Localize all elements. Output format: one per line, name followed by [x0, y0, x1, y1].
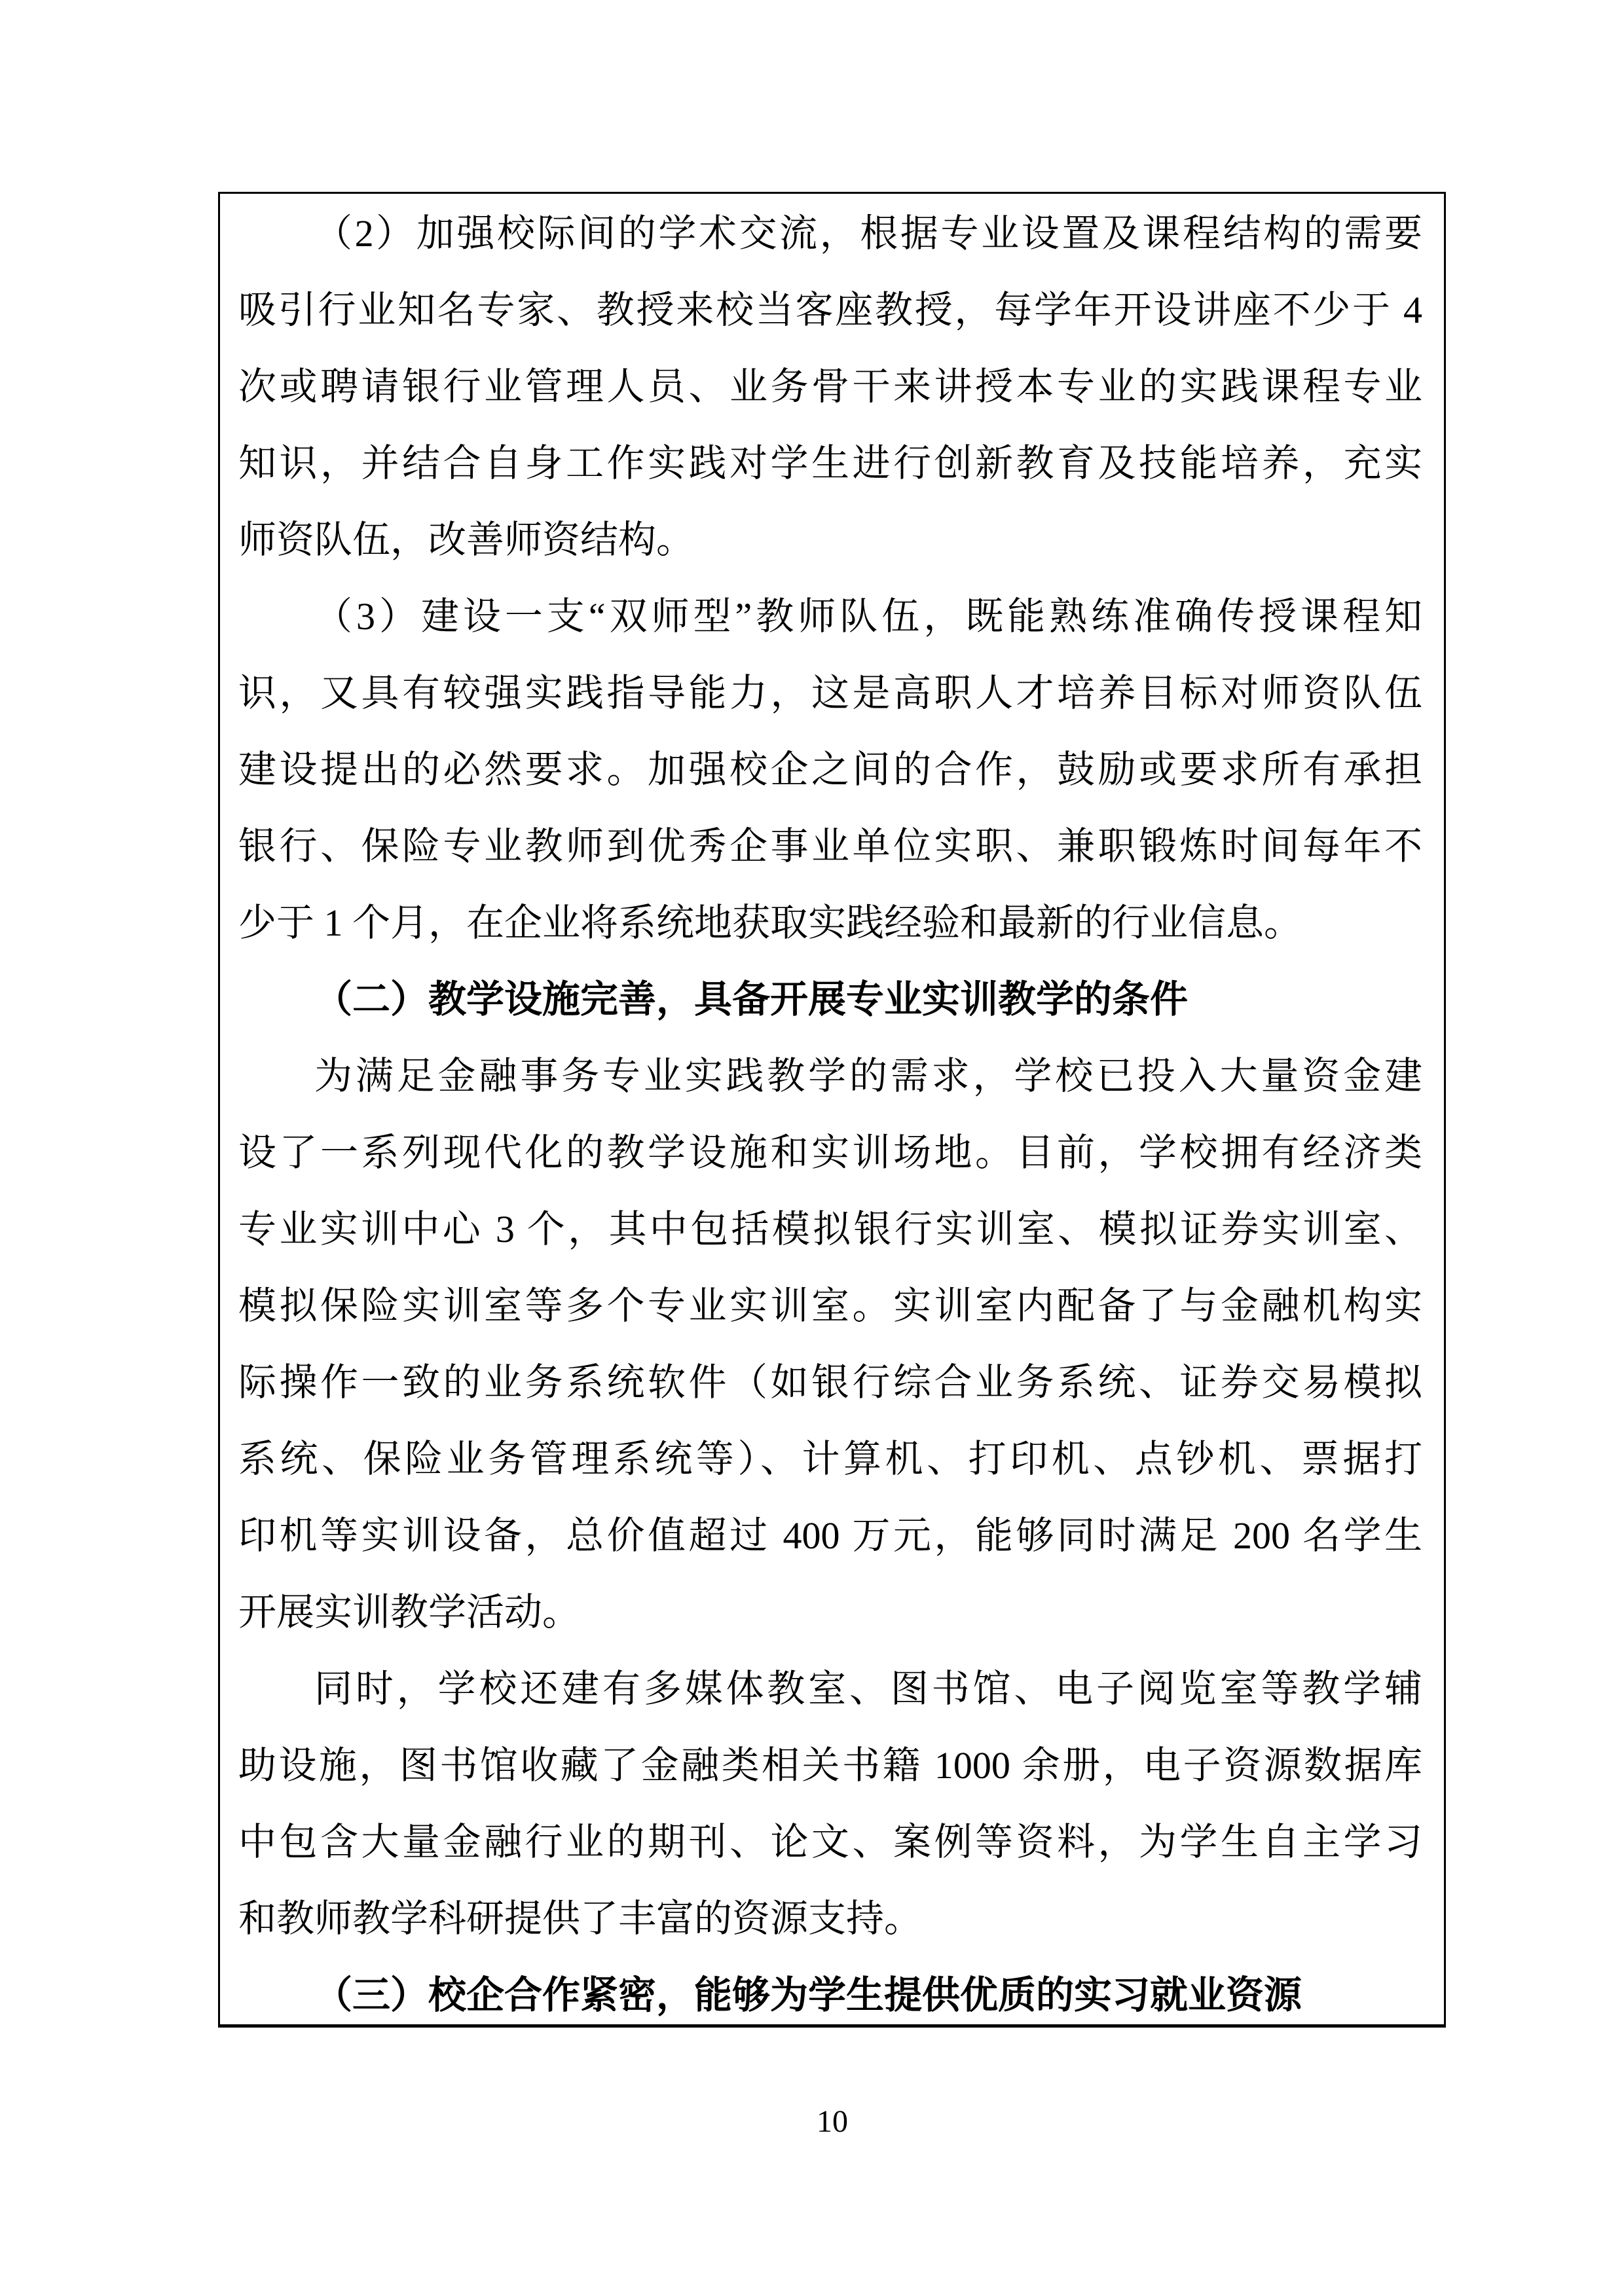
text-line: 师资队伍，改善师资结构。: [238, 501, 1422, 578]
text-line: 专业实训中心 3 个，其中包括模拟银行实训室、模拟证券实训室、: [238, 1191, 1422, 1267]
text-line: 中包含大量金融行业的期刊、论文、案例等资料，为学生自主学习: [238, 1804, 1422, 1880]
text-line: 际操作一致的业务系统软件（如银行综合业务系统、证券交易模拟: [238, 1344, 1422, 1421]
heading-line: （三）校企合作紧密，能够为学生提供优质的实习就业资源: [238, 1957, 1422, 2028]
text-line: 模拟保险实训室等多个专业实训室。实训室内配备了与金融机构实: [238, 1267, 1422, 1344]
text-line: 识，又具有较强实践指导能力，这是高职人才培养目标对师资队伍: [238, 655, 1422, 731]
text-line: 开展实训教学活动。: [238, 1574, 1422, 1650]
text-line: 助设施，图书馆收藏了金融类相关书籍 1000 余册，电子资源数据库: [238, 1727, 1422, 1804]
text-line: （3）建设一支“双师型”教师队伍，既能熟练准确传授课程知: [238, 578, 1422, 655]
text-line: 少于 1 个月，在企业将系统地获取实践经验和最新的行业信息。: [238, 884, 1422, 961]
text-line: （2）加强校际间的学术交流，根据专业设置及课程结构的需要: [238, 195, 1422, 272]
heading-line: （二）教学设施完善，具备开展专业实训教学的条件: [238, 961, 1422, 1038]
text-line: 设了一系列现代化的教学设施和实训场地。目前，学校拥有经济类: [238, 1114, 1422, 1191]
text-line: 同时，学校还建有多媒体教室、图书馆、电子阅览室等教学辅: [238, 1650, 1422, 1727]
page-number: 10: [817, 2103, 848, 2141]
text-line: 和教师教学科研提供了丰富的资源支持。: [238, 1880, 1422, 1957]
text-line: 次或聘请银行业管理人员、业务骨干来讲授本专业的实践课程专业: [238, 348, 1422, 425]
text-line: 系统、保险业务管理系统等）、计算机、打印机、点钞机、票据打: [238, 1421, 1422, 1497]
text-line: 为满足金融事务专业实践教学的需求，学校已投入大量资金建: [238, 1038, 1422, 1114]
text-line: 吸引行业知名专家、教授来校当客座教授，每学年开设讲座不少于 4: [238, 272, 1422, 348]
text-area: （2）加强校际间的学术交流，根据专业设置及课程结构的需要吸引行业知名专家、教授来…: [220, 194, 1444, 2028]
content-table-cell: （2）加强校际间的学术交流，根据专业设置及课程结构的需要吸引行业知名专家、教授来…: [218, 192, 1446, 2028]
text-line: 建设提出的必然要求。加强校企之间的合作，鼓励或要求所有承担: [238, 731, 1422, 808]
text-line: 印机等实训设备，总价值超过 400 万元，能够同时满足 200 名学生: [238, 1497, 1422, 1574]
text-line: 知识，并结合自身工作实践对学生进行创新教育及技能培养，充实: [238, 425, 1422, 501]
text-line: 银行、保险专业教师到优秀企事业单位实职、兼职锻炼时间每年不: [238, 808, 1422, 884]
